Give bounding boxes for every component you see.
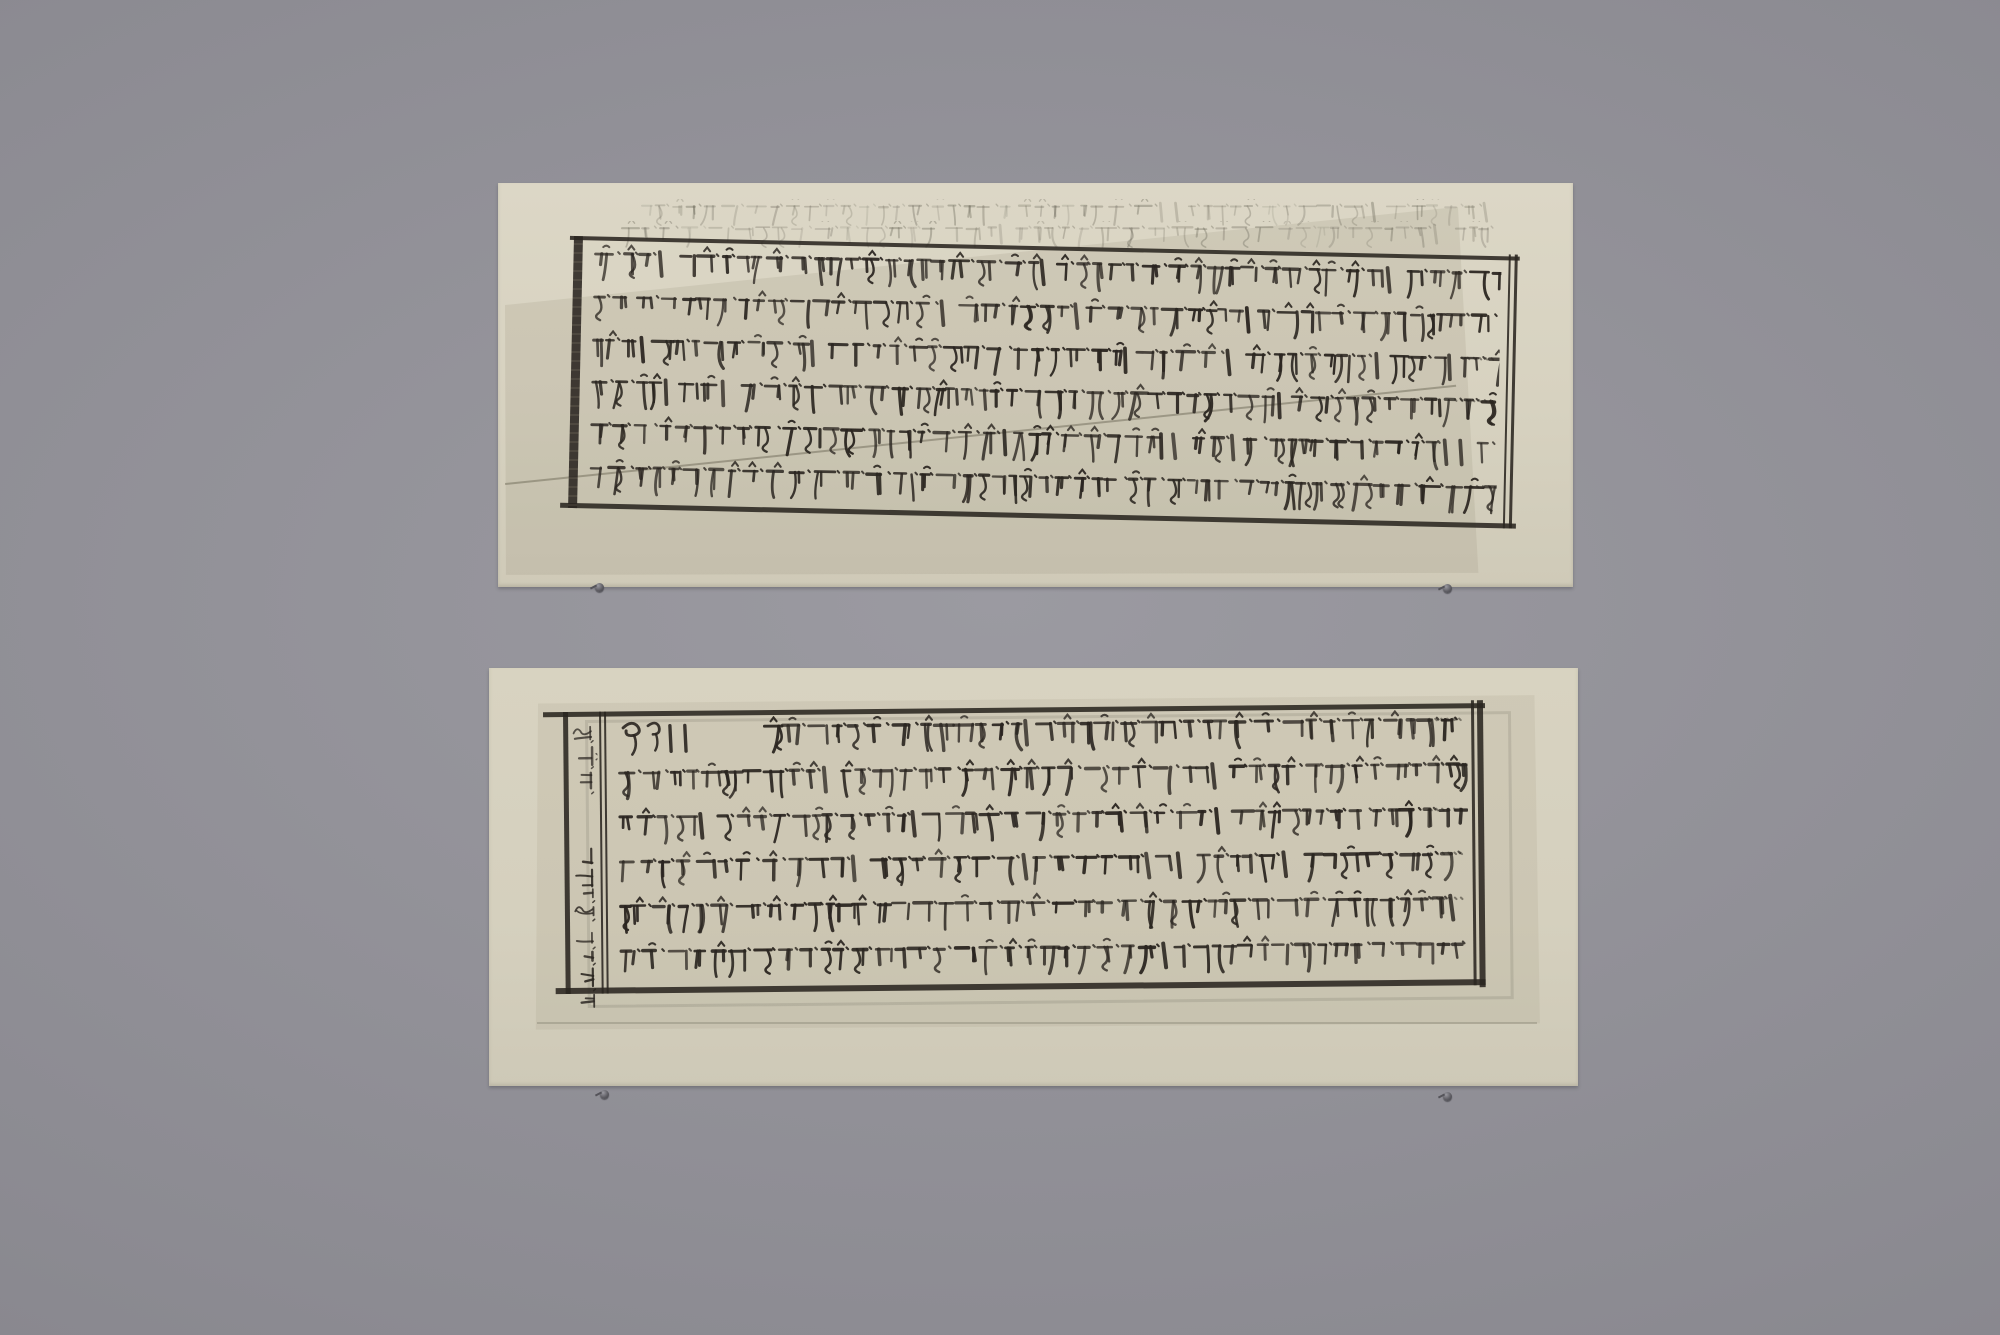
mounting-pin <box>1443 1092 1452 1101</box>
tibetan-text-line <box>617 933 1469 983</box>
tibetan-text-line <box>615 709 1467 759</box>
print-frame-upper <box>568 236 1518 529</box>
margin-annotation-column <box>568 717 602 988</box>
pecha-leaf-lower <box>489 668 1578 1086</box>
tibetan-text-line <box>616 844 1468 894</box>
mounting-pin <box>600 1090 609 1099</box>
frame-border-right-inner <box>1471 700 1477 985</box>
text-block-lower <box>615 709 1470 983</box>
frame-border-right <box>1509 255 1518 529</box>
tibetan-text-line <box>617 889 1469 939</box>
pecha-leaf-upper <box>498 183 1573 587</box>
print-paper-edge <box>537 1022 1537 1024</box>
frame-border-left <box>568 236 583 508</box>
margin-annotation-group <box>570 845 599 929</box>
print-frame-lower <box>563 703 1486 994</box>
margin-annotation-group <box>571 929 600 999</box>
photograph-stage <box>0 0 2000 1335</box>
mounting-pin <box>1443 584 1452 593</box>
tibetan-text-line <box>615 754 1467 804</box>
margin-rule-inner <box>604 712 609 994</box>
mounting-pin <box>595 583 604 592</box>
margin-annotation-group <box>569 723 598 807</box>
text-block-upper <box>586 243 1501 519</box>
tibetan-text-line <box>616 799 1468 849</box>
